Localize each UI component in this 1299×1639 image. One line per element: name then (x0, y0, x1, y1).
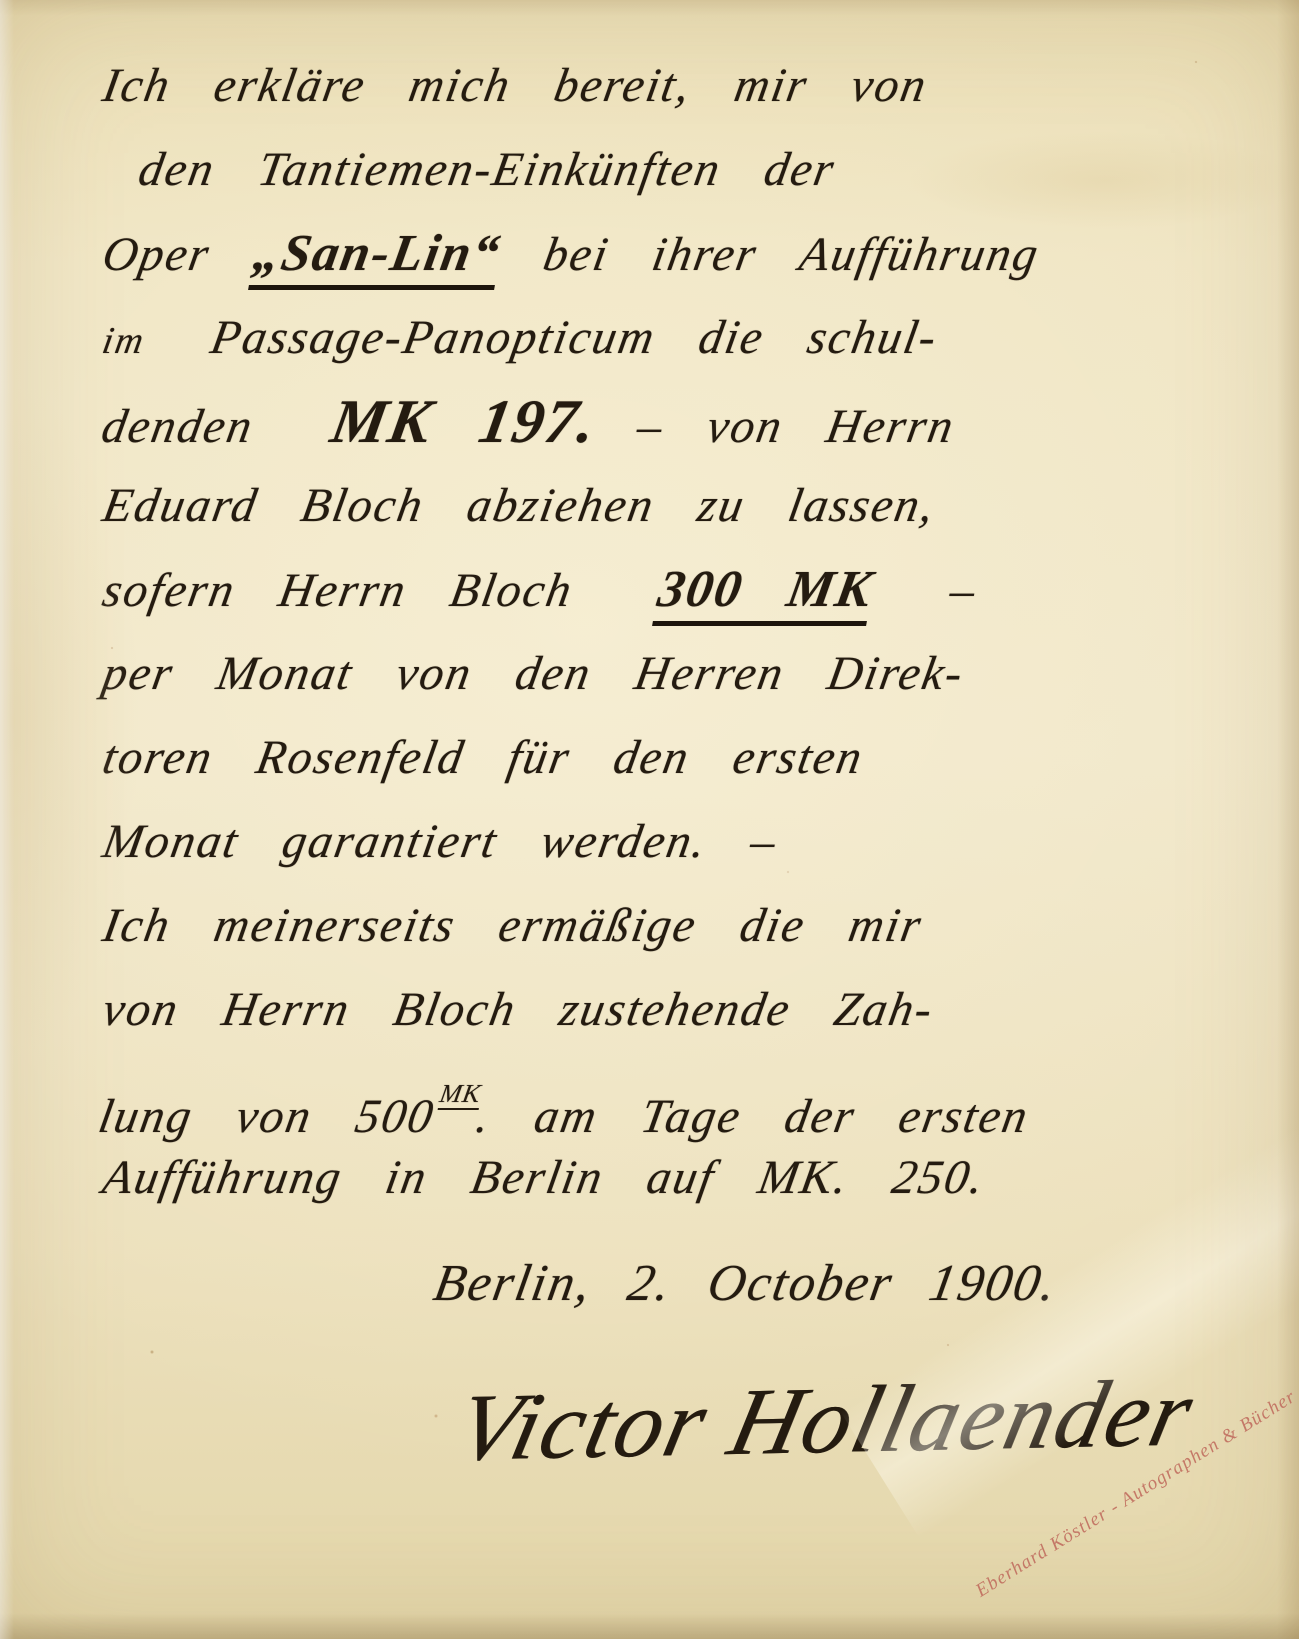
line-text: Eduard Bloch abziehen zu lassen, (99, 479, 940, 532)
letter-line: Ich erkläre mich bereit, mir von (96, 44, 1278, 128)
line-text: Aufführung in Berlin auf MK. 250. (99, 1151, 990, 1204)
letter-body: Ich erkläre mich bereit, mir von den Tan… (0, 0, 1299, 1220)
amount-mk-197: MK 197. (326, 388, 602, 456)
superscript-mk: MK (437, 1079, 483, 1110)
line-text: – (946, 564, 981, 617)
line-text: toren Rosenfeld für den ersten (99, 731, 868, 784)
letter-line: per Monat von den Herren Direk- (96, 632, 1278, 716)
line-text: Passage-Panopticum die schul- (207, 311, 942, 364)
letter-page: Ich erkläre mich bereit, mir von den Tan… (0, 0, 1299, 1639)
line-text: von Herrn Bloch zustehende Zah- (99, 983, 938, 1036)
letter-line: Ich meinerseits ermäßige die mir (96, 884, 1278, 968)
line-text: – von Herrn (633, 400, 959, 453)
letter-line: sofern Herrn Bloch 300 MK– (96, 548, 1278, 632)
letter-line: den Tantiemen-Einkünften der (132, 128, 1278, 212)
line-text: Ich meinerseits ermäßige die mir (99, 899, 927, 952)
letter-line: Aufführung in Berlin auf MK. 250. (96, 1136, 1278, 1220)
letter-line: von Herrn Bloch zustehende Zah- (96, 968, 1278, 1052)
line-text: Ich erkläre mich bereit, mir von (99, 59, 932, 112)
line-text: bei ihrer Aufführung (496, 228, 1044, 281)
opera-title-underlined: „San-Lin“ (248, 225, 506, 290)
letter-line: toren Rosenfeld für den ersten (96, 716, 1278, 800)
letter-line: Eduard Bloch abziehen zu lassen, (96, 464, 1278, 548)
letter-line: imPassage-Panopticum die schul- (96, 296, 1278, 380)
letter-line: Oper „San-Lin“ bei ihrer Aufführung (96, 212, 1278, 296)
amount-mk-300-underlined: 300 MK (652, 561, 877, 626)
letter-line: lung von 500MK. am Tage der ersten (96, 1052, 1278, 1136)
dateline: Berlin, 2. October 1900. (0, 1236, 1299, 1332)
line-text: den Tantiemen-Einkünften der (135, 143, 840, 196)
line-text: denden (98, 400, 258, 453)
line-text: sofern Herrn Bloch (99, 564, 622, 617)
line-text: Oper (99, 228, 259, 281)
letter-line: dendenMK 197.– von Herrn (96, 380, 1278, 464)
line-text: per Monat von den Herren Direk- (99, 647, 969, 700)
letter-line: Monat garantiert werden. – (96, 800, 1278, 884)
line-text: Monat garantiert werden. – (99, 815, 782, 868)
line-text: im (99, 320, 148, 362)
